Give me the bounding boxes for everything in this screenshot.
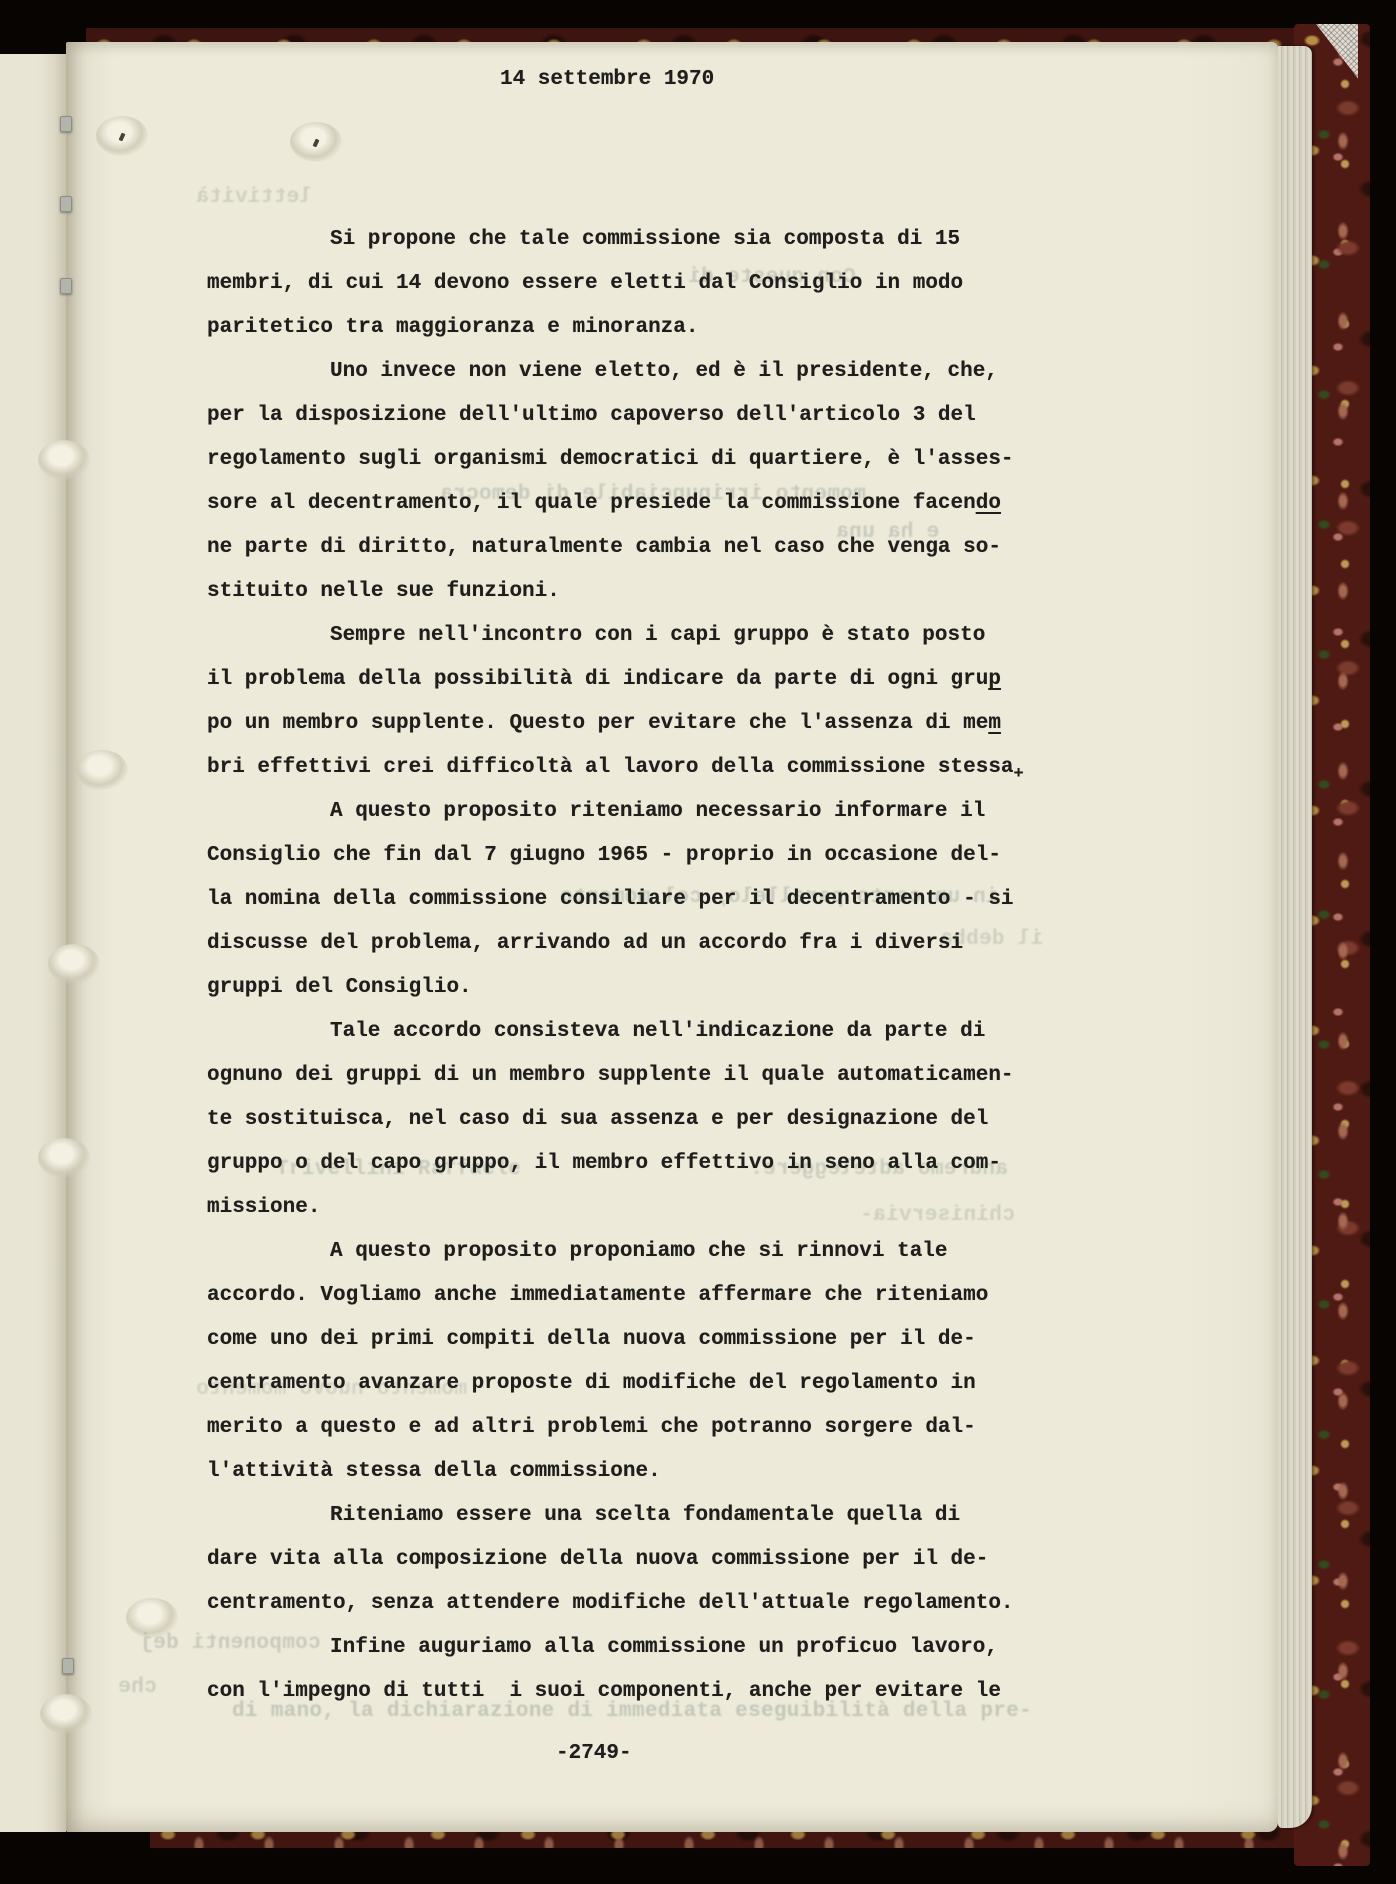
document-line: Uno invece non viene eletto, ed è il pre… (207, 350, 1057, 394)
ghost-bleedthrough-text: lettività (196, 186, 312, 209)
document-line: gruppi del Consiglio. (207, 966, 1057, 1010)
document-line: il problema della possibilità di indicar… (207, 658, 1057, 702)
document-line: ognuno dei gruppi di un membro supplente… (207, 1054, 1057, 1098)
document-line: A questo proposito proponiamo che si rin… (207, 1230, 1057, 1274)
document-line: centramento avanzare proposte di modific… (207, 1362, 1057, 1406)
document-line: A questo proposito riteniamo necessario … (207, 790, 1057, 834)
page-number: -2749- (556, 1742, 632, 1765)
document-line: paritetico tra maggioranza e minoranza. (207, 306, 1057, 350)
document-line: Tale accordo consisteva nell'indicazione… (207, 1010, 1057, 1054)
date-header: 14 settembre 1970 (500, 68, 714, 91)
document-line: te sostituisca, nel caso di sua assenza … (207, 1098, 1057, 1142)
document-line: Sempre nell'incontro con i capi gruppo è… (207, 614, 1057, 658)
document-line: la nomina della commissione consiliare p… (207, 878, 1057, 922)
document-line: con l'impegno di tutti i suoi componenti… (207, 1670, 1057, 1714)
document-line: Si propone che tale commissione sia comp… (207, 218, 1057, 262)
document-line: sore al decentramento, il quale presiede… (207, 482, 1057, 526)
document-line: ne parte di diritto, naturalmente cambia… (207, 526, 1057, 570)
document-line: accordo. Vogliamo anche immediatamente a… (207, 1274, 1057, 1318)
ghost-bleedthrough-text: che (118, 1676, 157, 1699)
document-line: merito a questo e ad altri problemi che … (207, 1406, 1057, 1450)
document-line: centramento, senza attendere modifiche d… (207, 1582, 1057, 1626)
document-line: gruppo o del capo gruppo, il membro effe… (207, 1142, 1057, 1186)
document-line: stituito nelle sue funzioni. (207, 570, 1057, 614)
document-line: come uno dei primi compiti della nuova c… (207, 1318, 1057, 1362)
document-line: per la disposizione dell'ultimo capovers… (207, 394, 1057, 438)
document-line: l'attività stessa della commissione. (207, 1450, 1057, 1494)
document-line: missione. (207, 1186, 1057, 1230)
document-line: bri effettivi crei difficoltà al lavoro … (207, 746, 1057, 790)
document-line: dare vita alla composizione della nuova … (207, 1538, 1057, 1582)
document-line: Consiglio che fin dal 7 giugno 1965 - pr… (207, 834, 1057, 878)
document-line: discusse del problema, arrivando ad un a… (207, 922, 1057, 966)
document-line: membri, di cui 14 devono essere eletti d… (207, 262, 1057, 306)
document-line: Riteniamo essere una scelta fondamentale… (207, 1494, 1057, 1538)
document-line: Infine auguriamo alla commissione un pro… (207, 1626, 1057, 1670)
document-line: po un membro supplente. Questo per evita… (207, 702, 1057, 746)
document-line: regolamento sugli organismi democratici … (207, 438, 1057, 482)
typewritten-text-block: Si propone che tale commissione sia comp… (207, 218, 1057, 1714)
